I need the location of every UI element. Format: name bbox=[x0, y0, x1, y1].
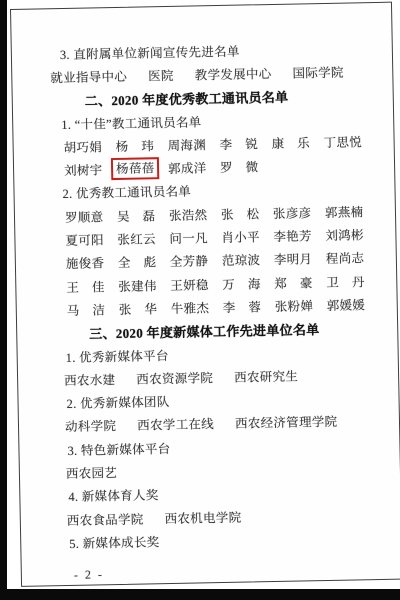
name: 施俊香 bbox=[66, 253, 118, 272]
unit-name: 西农食品学院 bbox=[67, 509, 144, 528]
name: 牛雅杰 bbox=[171, 298, 223, 317]
name: 卫 丹 bbox=[326, 272, 378, 291]
scan-edge-bottom bbox=[0, 589, 400, 600]
unit-name: 国际学院 bbox=[292, 63, 344, 82]
name: 李 锐 bbox=[219, 134, 271, 153]
name: 张浩然 bbox=[169, 205, 221, 224]
name: 张粉婵 bbox=[275, 296, 327, 315]
name: 丁思悦 bbox=[323, 132, 375, 151]
unit-name: 西农机电学院 bbox=[164, 507, 241, 526]
name: 胡巧娟 bbox=[63, 137, 115, 156]
document-page: 3. 直附属单位新闻宣传先进名单 就业指导中心 医院 教学发展中心 国际学院 二… bbox=[10, 2, 400, 587]
name: 张 华 bbox=[119, 299, 171, 318]
name: 罗顺意 bbox=[65, 207, 117, 226]
name: 王 佳 bbox=[66, 277, 118, 296]
name: 王妍稳 bbox=[170, 275, 222, 294]
name: 吴 磊 bbox=[117, 206, 169, 225]
unit-name: 西农资源学院 bbox=[136, 368, 213, 387]
highlight-box: 杨蓓蓓 bbox=[111, 157, 160, 180]
name: 郭媛媛 bbox=[327, 295, 379, 314]
name: 刘树宇 bbox=[64, 160, 116, 179]
unit-name: 西农研究生 bbox=[234, 366, 298, 385]
unit-name: 西农经济管理学院 bbox=[235, 412, 338, 432]
name: 全 彪 bbox=[118, 252, 170, 271]
list-item-media-growth: 5. 新媒体成长奖 bbox=[69, 525, 393, 555]
name: 罗 微 bbox=[220, 157, 272, 176]
name: 郑 豪 bbox=[274, 273, 326, 292]
unit-name: 医院 bbox=[148, 66, 174, 84]
unit-name: 动科学院 bbox=[65, 416, 117, 435]
name: 范琼波 bbox=[222, 250, 274, 269]
name: 全芳静 bbox=[170, 251, 222, 270]
name-highlighted: 杨蓓蓓 bbox=[116, 160, 168, 177]
name: 杨 玮 bbox=[115, 136, 167, 155]
name: 刘鸿彬 bbox=[325, 225, 377, 244]
name: 李明月 bbox=[274, 249, 326, 268]
name: 周海渊 bbox=[167, 135, 219, 154]
name: 马 洁 bbox=[67, 300, 119, 319]
name: 张建伟 bbox=[118, 276, 170, 295]
unit-name: 教学发展中心 bbox=[195, 64, 272, 83]
unit-name: 西农学工在线 bbox=[137, 415, 214, 434]
name: 肖小平 bbox=[221, 227, 273, 246]
name: 李艳芳 bbox=[273, 226, 325, 245]
page-content: 3. 直附属单位新闻宣传先进名单 就业指导中心 医院 教学发展中心 国际学院 二… bbox=[50, 36, 394, 587]
unit-name: 西农水建 bbox=[64, 370, 116, 389]
name: 郭燕楠 bbox=[325, 202, 377, 221]
name: 张红云 bbox=[117, 229, 169, 248]
name: 程尚志 bbox=[326, 248, 378, 267]
unit-name: 西农园艺 bbox=[66, 463, 118, 482]
page-number: - 2 - bbox=[74, 557, 394, 586]
name: 杨蓓蓓 bbox=[116, 161, 155, 176]
unit-name: 就业指导中心 bbox=[50, 67, 127, 86]
name: 张 松 bbox=[221, 204, 273, 223]
name: 张彦彦 bbox=[273, 203, 325, 222]
name: 康 乐 bbox=[271, 133, 323, 152]
name: 万 海 bbox=[222, 274, 274, 293]
scan-edge-left bbox=[0, 0, 7, 600]
name: 郭成洋 bbox=[168, 158, 220, 177]
name: 夏可阳 bbox=[65, 230, 117, 249]
name: 李 蓉 bbox=[223, 297, 275, 316]
name: 问一凡 bbox=[169, 228, 221, 247]
